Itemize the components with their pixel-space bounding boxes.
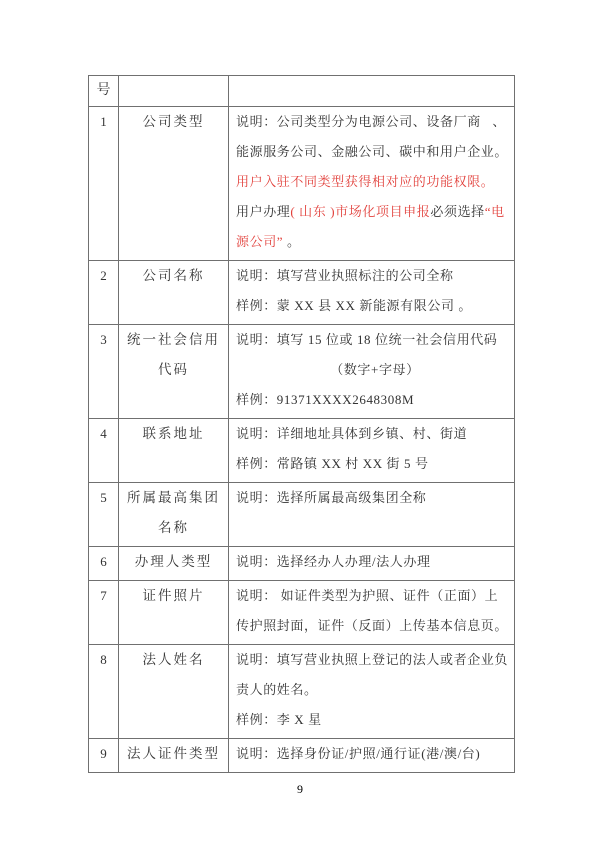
row-number: 6 xyxy=(89,547,118,577)
row-number: 5 xyxy=(89,483,118,513)
description-text: 责人的姓名。 xyxy=(236,682,318,697)
row-number-cell: 4 xyxy=(89,419,119,483)
description-cell: 说明：填写 15 位或 18 位统一社会信用代码（数字+字母）样例：91371X… xyxy=(229,325,515,419)
row-number: 3 xyxy=(89,325,118,355)
description-line: 责人的姓名。 xyxy=(236,675,514,705)
field-name-cell: 证件照片 xyxy=(119,581,229,645)
field-name-cell: 法人姓名 xyxy=(119,645,229,739)
header-seq-label: 号 xyxy=(89,76,118,106)
description-line: 说明： 如证件类型为护照、证件（正面）上 xyxy=(236,581,514,611)
row-number: 7 xyxy=(89,581,118,611)
description-text: 。 xyxy=(283,234,300,249)
table-row: 2公司名称说明：填写营业执照标注的公司全称样例：蒙 XX 县 XX 新能源有限公… xyxy=(89,261,515,325)
field-name-cell: 统一社会信用代码 xyxy=(119,325,229,419)
description-text: 说明：填写 15 位或 18 位统一社会信用代码 xyxy=(236,332,497,347)
description-cell: 说明：填写营业执照标注的公司全称样例：蒙 XX 县 XX 新能源有限公司 。 xyxy=(229,261,515,325)
row-number: 2 xyxy=(89,261,118,291)
description-text: 说明： 如证件类型为护照、证件（正面）上 xyxy=(236,588,498,603)
description-cell: 说明： 如证件类型为护照、证件（正面）上传护照封面，证件（反面）上传基本信息页。 xyxy=(229,581,515,645)
table-row: 1公司类型说明：公司类型分为电源公司、设备厂商 、能源服务公司、金融公司、碳中和… xyxy=(89,107,515,261)
table-row: 7证件照片说明： 如证件类型为护照、证件（正面）上传护照封面，证件（反面）上传基… xyxy=(89,581,515,645)
table-row: 6办理人类型说明：选择经办人办理/法人办理 xyxy=(89,547,515,581)
row-number: 1 xyxy=(89,107,118,137)
description-cell: 说明：填写营业执照上登记的法人或者企业负责人的姓名。样例：李 X 星 xyxy=(229,645,515,739)
description-text: 说明：公司类型分为电源公司、设备厂商 、 xyxy=(236,114,506,129)
description-line: 能源服务公司、金融公司、碳中和用户企业。 xyxy=(236,137,514,167)
description-line: 用户办理( 山东 )市场化项目申报必须选择“电 xyxy=(236,197,514,227)
header-field-cell xyxy=(119,76,229,107)
field-name-line: 代码 xyxy=(119,355,228,385)
description-text: 说明：选择经办人办理/法人办理 xyxy=(236,554,431,569)
row-number-cell: 7 xyxy=(89,581,119,645)
description-line: 说明：填写营业执照标注的公司全称 xyxy=(236,261,514,291)
document-page: 号1公司类型说明：公司类型分为电源公司、设备厂商 、能源服务公司、金融公司、碳中… xyxy=(0,0,600,848)
description-text: 说明：填写营业执照标注的公司全称 xyxy=(236,268,454,283)
description-line: （数字+字母） xyxy=(236,355,514,385)
description-text: 样例：常路镇 XX 村 XX 街 5 号 xyxy=(236,456,429,471)
description-line: 说明：选择身份证/护照/通行证(港/澳/台) xyxy=(236,739,514,769)
header-seq-cell: 号 xyxy=(89,76,119,107)
field-name-cell: 公司类型 xyxy=(119,107,229,261)
table-row: 8法人姓名说明：填写营业执照上登记的法人或者企业负责人的姓名。样例：李 X 星 xyxy=(89,645,515,739)
description-line: 说明：详细地址具体到乡镇、村、街道 xyxy=(236,419,514,449)
row-number-cell: 2 xyxy=(89,261,119,325)
highlight-text: 用户入驻不同类型获得相对应的功能权限。 xyxy=(236,174,494,189)
page-number: 9 xyxy=(0,782,600,797)
row-number: 9 xyxy=(89,739,118,769)
field-name-cell: 办理人类型 xyxy=(119,547,229,581)
field-name-line: 法人姓名 xyxy=(119,645,228,675)
description-cell: 说明：选择身份证/护照/通行证(港/澳/台) xyxy=(229,739,515,773)
row-number-cell: 6 xyxy=(89,547,119,581)
row-number-cell: 9 xyxy=(89,739,119,773)
description-line: 说明：公司类型分为电源公司、设备厂商 、 xyxy=(236,107,514,137)
description-line: 说明：选择所属最高级集团全称 xyxy=(236,483,514,513)
description-line: 样例：蒙 XX 县 XX 新能源有限公司 。 xyxy=(236,291,514,321)
field-name-cell: 所属最高集团名称 xyxy=(119,483,229,547)
table-row: 5所属最高集团名称说明：选择所属最高级集团全称 xyxy=(89,483,515,547)
field-name-line: 公司名称 xyxy=(119,261,228,291)
description-text: （数字+字母） xyxy=(330,362,420,377)
description-text: 说明：详细地址具体到乡镇、村、街道 xyxy=(236,426,467,441)
field-name-line: 证件照片 xyxy=(119,581,228,611)
description-text: 说明：选择所属最高级集团全称 xyxy=(236,490,426,505)
description-text: 用户办理 xyxy=(236,204,290,219)
description-line: 用户入驻不同类型获得相对应的功能权限。 xyxy=(236,167,514,197)
field-name-cell: 法人证件类型 xyxy=(119,739,229,773)
field-name-line: 所属最高集团 xyxy=(119,483,228,513)
field-name-line: 统一社会信用 xyxy=(119,325,228,355)
description-line: 样例：常路镇 XX 村 XX 街 5 号 xyxy=(236,449,514,479)
description-text: 样例：91371XXXX2648308M xyxy=(236,392,414,407)
description-text: 能源服务公司、金融公司、碳中和用户企业。 xyxy=(236,144,508,159)
description-text: 必须选择 xyxy=(430,204,484,219)
field-name-line: 联系地址 xyxy=(119,419,228,449)
description-line: 说明：选择经办人办理/法人办理 xyxy=(236,547,514,577)
description-cell: 说明：选择所属最高级集团全称 xyxy=(229,483,515,547)
field-name-line: 公司类型 xyxy=(119,107,228,137)
table-header-row: 号 xyxy=(89,76,515,107)
header-desc-cell xyxy=(229,76,515,107)
field-name-line: 法人证件类型 xyxy=(119,739,228,769)
table-row: 3统一社会信用代码说明：填写 15 位或 18 位统一社会信用代码（数字+字母）… xyxy=(89,325,515,419)
description-text: 说明：选择身份证/护照/通行证(港/澳/台) xyxy=(236,746,480,761)
field-name-line: 名称 xyxy=(119,513,228,543)
description-cell: 说明：详细地址具体到乡镇、村、街道样例：常路镇 XX 村 XX 街 5 号 xyxy=(229,419,515,483)
row-number: 8 xyxy=(89,645,118,675)
description-line: 样例：91371XXXX2648308M xyxy=(236,385,514,415)
highlight-text: ( 山东 )市场化项目申报 xyxy=(290,204,430,219)
description-text: 传护照封面，证件（反面）上传基本信息页。 xyxy=(236,618,508,633)
field-name-line: 办理人类型 xyxy=(119,547,228,577)
row-number: 4 xyxy=(89,419,118,449)
highlight-text: “电 xyxy=(485,204,505,219)
field-description-table: 号1公司类型说明：公司类型分为电源公司、设备厂商 、能源服务公司、金融公司、碳中… xyxy=(88,75,515,773)
row-number-cell: 1 xyxy=(89,107,119,261)
description-text: 样例：李 X 星 xyxy=(236,712,322,727)
description-text: 说明：填写营业执照上登记的法人或者企业负 xyxy=(236,652,508,667)
description-line: 说明：填写 15 位或 18 位统一社会信用代码 xyxy=(236,325,514,355)
table-row: 4联系地址说明：详细地址具体到乡镇、村、街道样例：常路镇 XX 村 XX 街 5… xyxy=(89,419,515,483)
description-line: 样例：李 X 星 xyxy=(236,705,514,735)
description-line: 源公司” 。 xyxy=(236,227,514,257)
field-name-cell: 公司名称 xyxy=(119,261,229,325)
row-number-cell: 3 xyxy=(89,325,119,419)
highlight-text: 源公司” xyxy=(236,234,283,249)
row-number-cell: 5 xyxy=(89,483,119,547)
table-row: 9法人证件类型说明：选择身份证/护照/通行证(港/澳/台) xyxy=(89,739,515,773)
description-line: 传护照封面，证件（反面）上传基本信息页。 xyxy=(236,611,514,641)
field-name-cell: 联系地址 xyxy=(119,419,229,483)
description-text: 样例：蒙 XX 县 XX 新能源有限公司 。 xyxy=(236,298,472,313)
description-cell: 说明：公司类型分为电源公司、设备厂商 、能源服务公司、金融公司、碳中和用户企业。… xyxy=(229,107,515,261)
description-line: 说明：填写营业执照上登记的法人或者企业负 xyxy=(236,645,514,675)
row-number-cell: 8 xyxy=(89,645,119,739)
description-cell: 说明：选择经办人办理/法人办理 xyxy=(229,547,515,581)
